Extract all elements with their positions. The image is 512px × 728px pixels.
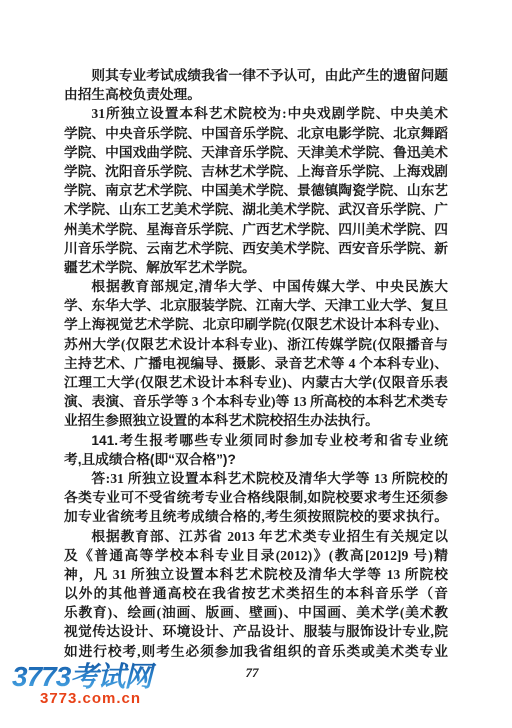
text-line: 术学院、山东工艺美术学院、湖北美术学院、武汉音乐学院、广 [64,200,448,219]
text-line: 川音乐学院、云南艺术学院、西安美术学院、西安音乐学院、新 [64,239,448,258]
text-line: 学上海视觉艺术学院、北京印刷学院(仅限艺术设计本科专业)、 [64,315,448,334]
watermark-3773: 3773考试网 3773.com.cn [12,662,202,707]
text-line: 业招生参照独立设置的本科艺术院校招生办法执行。 [64,411,448,430]
text-line: 学院、中央音乐学院、中国音乐学院、北京电影学院、北京舞蹈 [64,124,448,143]
text-line: 学、东华大学、北京服装学院、江南大学、天津工业大学、复旦大 [64,296,448,315]
text-line: 苏州大学(仅限艺术设计本科专业)、浙江传媒学院(仅限播音与 [64,335,448,354]
text-line: 根据教育部规定,清华大学、中国传媒大学、中央民族大 [64,277,448,296]
text-line: 主持艺术、广播电视编导、摄影、录音艺术等 4 个本科专业)、浙 [64,354,448,373]
text-line: 学院、沈阳音乐学院、吉林艺术学院、上海音乐学院、上海戏剧 [64,162,448,181]
text-line: 州美术学院、星海音乐学院、广西艺术学院、四川美术学院、四 [64,220,448,239]
text-line: 乐教育)、绘画(油画、版画、壁画)、中国画、美术学(美术教育)、 [64,603,448,622]
text-line: 视觉传达设计、环境设计、产品设计、服装与服饰设计专业,院校 [64,622,448,641]
watermark-logo-text: 3773考试网 [12,662,202,692]
document-page: 则其专业考试成绩我省一律不予认可，由此产生的遗留问题由招生高校负责处理。31所独… [0,0,512,728]
watermark-url: 3773.com.cn [40,690,202,707]
text-block: 则其专业考试成绩我省一律不予认可，由此产生的遗留问题由招生高校负责处理。31所独… [64,66,448,661]
text-line: 31所独立设置本科艺术院校为:中央戏剧学院、中央美术 [64,104,448,123]
text-line: 学院、南京艺术学院、中国美术学院、景德镇陶瓷学院、山东艺 [64,181,448,200]
text-line: 演、表演、音乐学等 3 个本科专业)等 13 所高校的本科艺术类专 [64,392,448,411]
text-line: 学院、中国戏曲学院、天津音乐学院、天津美术学院、鲁迅美术 [64,143,448,162]
text-line: 以外的其他普通高校在我省按艺术类招生的本科音乐学（音 [64,584,448,603]
question-line: 141.考生报考哪些专业须同时参加专业校考和省专业统 [64,431,448,450]
text-line: 则其专业考试成绩我省一律不予认可，由此产生的遗留问题 [64,66,448,85]
text-line: 及《普通高等学校本科专业目录(2012)》(教高[2012]9 号)精 [64,546,448,565]
text-line: 根据教育部、江苏省 2013 年艺术类专业招生有关规定以 [64,527,448,546]
text-line: 疆艺术学院、解放军艺术学院。 [64,258,448,277]
text-line: 各类专业可不受省统考专业合格线限制,如院校要求考生还须参 [64,488,448,507]
text-line: 神，凡 31 所独立设置本科艺术院校及清华大学等 13 所院校 [64,565,448,584]
text-line: 江理工大学(仅限艺术设计本科专业)、内蒙古大学(仅限音乐表 [64,373,448,392]
text-line: 如进行校考,则考生必须参加我省组织的音乐类或美术类专业 [64,642,448,661]
text-line: 加专业省统考且统考成绩合格的,考生须按照院校的要求执行。 [64,507,448,526]
page-number: 77 [226,665,278,681]
text-line: 由招生高校负责处理。 [64,85,448,104]
text-line: 答:31 所独立设置本科艺术院校及清华大学等 13 所院校的 [64,469,448,488]
question-line: 考,且成绩合格(即“双合格”)? [64,450,448,469]
